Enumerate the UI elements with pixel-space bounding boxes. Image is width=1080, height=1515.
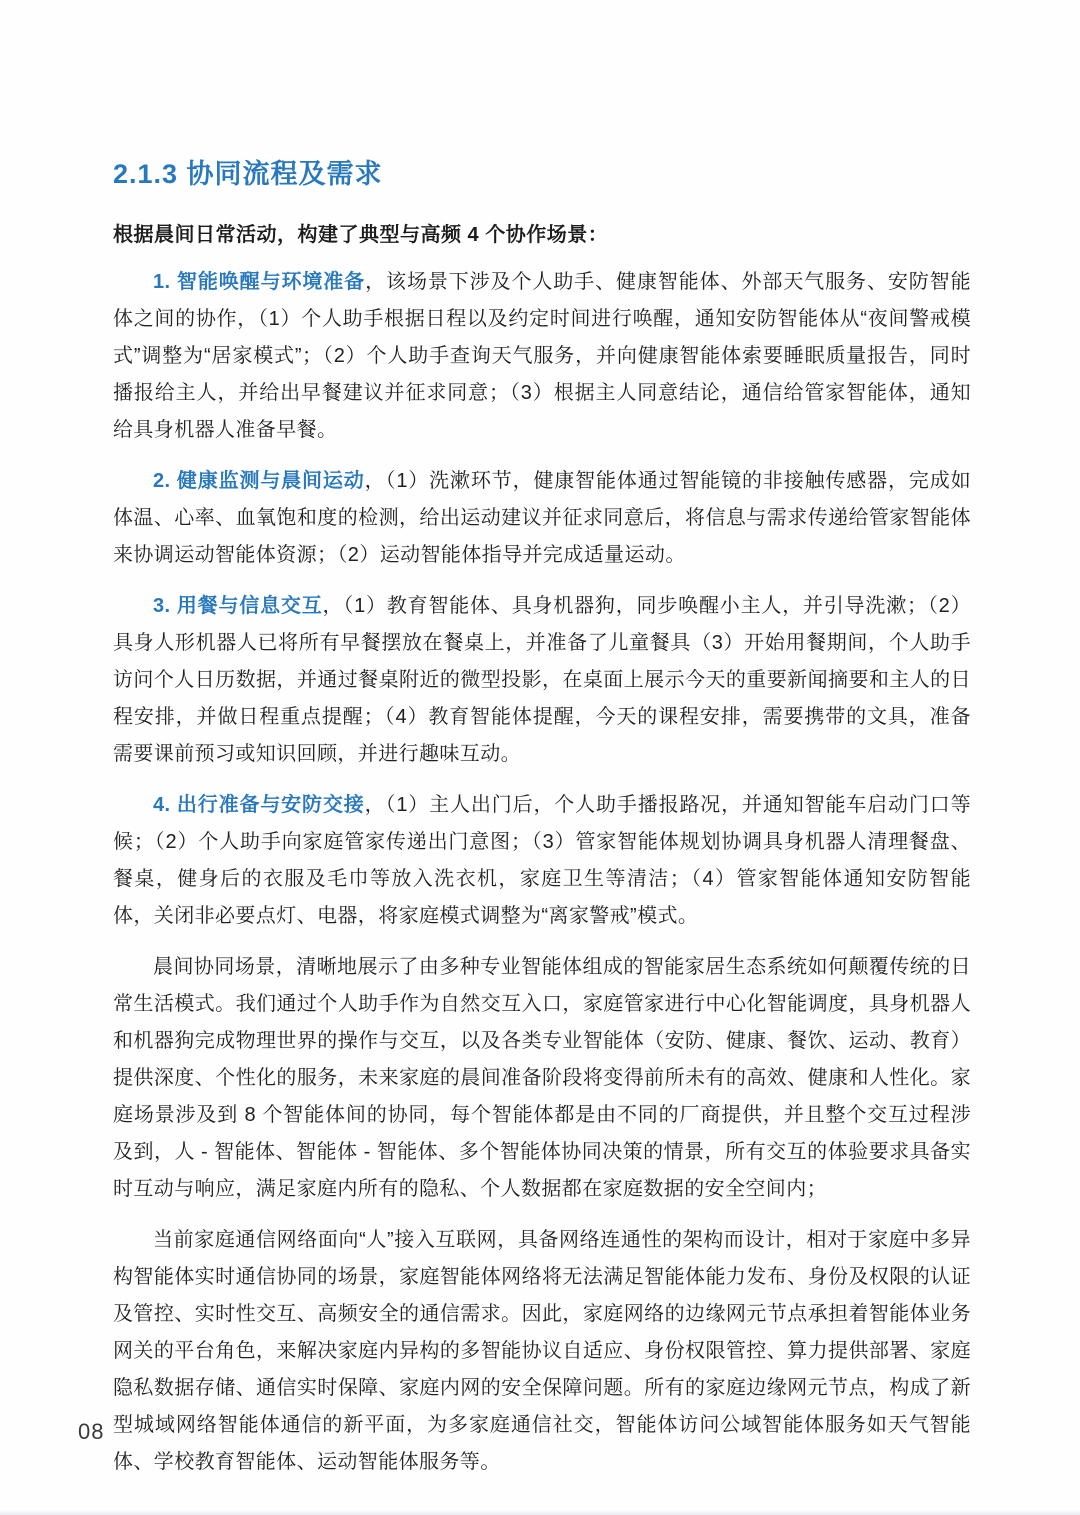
scenario-2-lead: 2. 健康监测与晨间运动 — [153, 470, 365, 492]
scenario-4-lead: 4. 出行准备与安防交接 — [153, 794, 365, 816]
summary-paragraph: 晨间协同场景，清晰地展示了由多种专业智能体组成的智能家居生态系统如何颠覆传统的日… — [113, 949, 971, 1208]
scenario-3-lead: 3. 用餐与信息交互 — [153, 595, 323, 617]
intro-sentence: 根据晨间日常活动，构建了典型与高频 4 个协作场景： — [113, 220, 971, 250]
page-bottom-edge — [0, 1509, 1080, 1515]
network-paragraph: 当前家庭通信网络面向“人”接入互联网，具备网络连通性的架构而设计，相对于家庭中多… — [113, 1222, 971, 1481]
page-number: 08 — [78, 1419, 104, 1445]
page-content: 2.1.3 协同流程及需求 根据晨间日常活动，构建了典型与高频 4 个协作场景：… — [113, 158, 971, 1481]
scenario-paragraph-1: 1. 智能唤醒与环境准备，该场景下涉及个人助手、健康智能体、外部天气服务、安防智… — [113, 264, 971, 449]
scenario-1-lead: 1. 智能唤醒与环境准备 — [153, 271, 365, 293]
scenario-3-body: ，（1）教育智能体、具身机器狗，同步唤醒小主人，并引导洗漱；（2）具身人形机器人… — [113, 595, 971, 765]
section-heading: 2.1.3 协同流程及需求 — [113, 158, 971, 190]
scenario-1-body: ，该场景下涉及个人助手、健康智能体、外部天气服务、安防智能体之间的协作，（1）个… — [113, 271, 971, 441]
scenario-paragraph-3: 3. 用餐与信息交互，（1）教育智能体、具身机器狗，同步唤醒小主人，并引导洗漱；… — [113, 588, 971, 773]
scenario-paragraph-2: 2. 健康监测与晨间运动，（1）洗漱环节，健康智能体通过智能镜的非接触传感器，完… — [113, 463, 971, 574]
document-page: 2.1.3 协同流程及需求 根据晨间日常活动，构建了典型与高频 4 个协作场景：… — [0, 0, 1080, 1515]
scenario-paragraph-4: 4. 出行准备与安防交接，（1）主人出门后，个人助手播报路况，并通知智能车启动门… — [113, 787, 971, 935]
